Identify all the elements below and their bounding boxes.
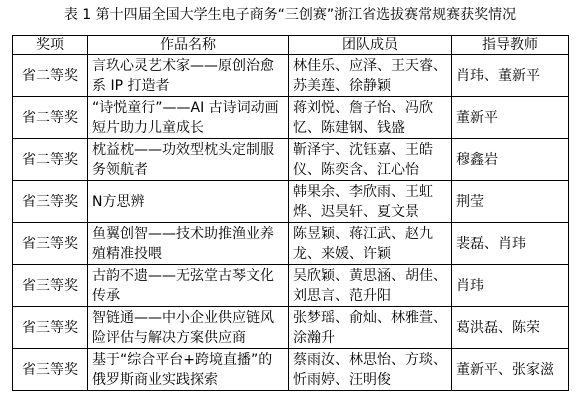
awards-table: 奖项 作品名称 团队成员 指导教师 省二等奖 言玖心灵艺术家——原创治愈系 IP… (12, 35, 569, 391)
team-cell: 韩果余、李欣雨、王虹烨、迟昊轩、夏文景 (289, 181, 452, 223)
header-work: 作品名称 (88, 36, 289, 55)
work-cell: 言玖心灵艺术家——原创治愈系 IP 打造者 (88, 55, 289, 97)
work-cell: 古韵不遗——无弦堂古琴文化传承 (88, 265, 289, 307)
award-cell: 省二等奖 (13, 97, 88, 139)
award-cell: 省三等奖 (13, 223, 88, 265)
advisor-cell: 董新平、张家滋 (452, 349, 569, 391)
work-cell: 智链通——中小企业供应链风险评估与解决方案供应商 (88, 307, 289, 349)
table-header-row: 奖项 作品名称 团队成员 指导教师 (13, 36, 569, 55)
table-row: 省三等奖 基于“综合平台+跨境直播”的俄罗斯商业实践探索 蔡雨汝、林思怡、方琰、… (13, 349, 569, 391)
advisor-cell: 肖玮、董新平 (452, 55, 569, 97)
advisor-cell: 穆鑫岩 (452, 139, 569, 181)
advisor-cell: 肖玮 (452, 265, 569, 307)
work-cell: “诗悦童行”——AI 古诗词动画短片助力儿童成长 (88, 97, 289, 139)
team-cell: 陈昱颖、蒋江武、赵九龙、来媛、许颖 (289, 223, 452, 265)
award-cell: 省三等奖 (13, 265, 88, 307)
work-cell: 枕益枕——功效型枕头定制服务领航者 (88, 139, 289, 181)
award-cell: 省三等奖 (13, 349, 88, 391)
team-cell: 蒋刘悦、詹子怡、冯欣忆、陈建钢、钱盛 (289, 97, 452, 139)
award-cell: 省三等奖 (13, 307, 88, 349)
team-cell: 靳泽宇、沈钰嘉、王皓仪、陈奕含、江心怡 (289, 139, 452, 181)
award-cell: 省三等奖 (13, 181, 88, 223)
advisor-cell: 荆莹 (452, 181, 569, 223)
advisor-cell: 葛洪磊、陈荣 (452, 307, 569, 349)
table-row: 省三等奖 N方思辨 韩果余、李欣雨、王虹烨、迟昊轩、夏文景 荆莹 (13, 181, 569, 223)
advisor-cell: 裴磊、肖玮 (452, 223, 569, 265)
header-advisor: 指导教师 (452, 36, 569, 55)
table-row: 省三等奖 古韵不遗——无弦堂古琴文化传承 吴欣颖、黄思涵、胡佳、刘思言、范升阳 … (13, 265, 569, 307)
advisor-cell: 董新平 (452, 97, 569, 139)
table-caption: 表 1 第十四届全国大学生电子商务“三创赛”浙江省选拔赛常规赛获奖情况 (0, 6, 580, 24)
work-cell: 基于“综合平台+跨境直播”的俄罗斯商业实践探索 (88, 349, 289, 391)
award-cell: 省二等奖 (13, 139, 88, 181)
header-team: 团队成员 (289, 36, 452, 55)
table-row: 省二等奖 枕益枕——功效型枕头定制服务领航者 靳泽宇、沈钰嘉、王皓仪、陈奕含、江… (13, 139, 569, 181)
team-cell: 吴欣颖、黄思涵、胡佳、刘思言、范升阳 (289, 265, 452, 307)
header-award: 奖项 (13, 36, 88, 55)
work-cell: N方思辨 (88, 181, 289, 223)
table-row: 省三等奖 智链通——中小企业供应链风险评估与解决方案供应商 张梦瑶、俞灿、林雅萱… (13, 307, 569, 349)
table-row: 省二等奖 “诗悦童行”——AI 古诗词动画短片助力儿童成长 蒋刘悦、詹子怡、冯欣… (13, 97, 569, 139)
team-cell: 林佳乐、应泽、王天睿、苏美莲、徐静颖 (289, 55, 452, 97)
team-cell: 蔡雨汝、林思怡、方琰、忻雨婷、汪明俊 (289, 349, 452, 391)
work-cell: 鱼翼创智——技术助推渔业养殖精准投喂 (88, 223, 289, 265)
award-cell: 省二等奖 (13, 55, 88, 97)
team-cell: 张梦瑶、俞灿、林雅萱、涂瀚升 (289, 307, 452, 349)
table-row: 省三等奖 鱼翼创智——技术助推渔业养殖精准投喂 陈昱颖、蒋江武、赵九龙、来媛、许… (13, 223, 569, 265)
table-row: 省二等奖 言玖心灵艺术家——原创治愈系 IP 打造者 林佳乐、应泽、王天睿、苏美… (13, 55, 569, 97)
